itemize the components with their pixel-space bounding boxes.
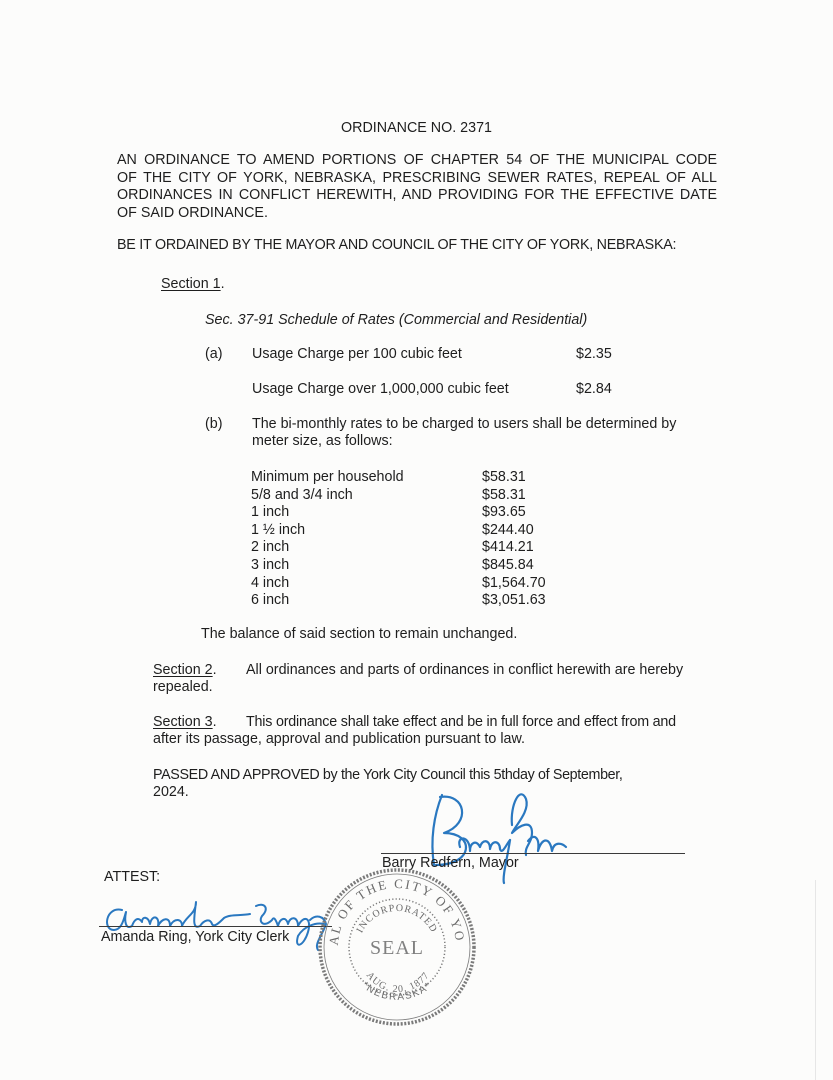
caption-line: OF THE CITY OF YORK, NEBRASKA, PRESCRIBI… <box>117 170 717 188</box>
meter-size: 6 inch <box>251 592 482 610</box>
caption-line: AN ORDINANCE TO AMEND PORTIONS OF CHAPTE… <box>117 152 717 170</box>
meter-rate: $244.40 <box>482 522 534 540</box>
rate-row: 2 inch$414.21 <box>251 539 546 557</box>
meter-rate: $3,051.63 <box>482 592 546 610</box>
mayor-signature-line <box>381 853 685 854</box>
svg-text:SEAL: SEAL <box>370 937 424 959</box>
clerk-name-title: Amanda Ring, York City Clerk <box>101 929 289 947</box>
meter-rate: $414.21 <box>482 539 534 557</box>
rate-row: 5/8 and 3/4 inch$58.31 <box>251 487 546 505</box>
section2-heading: Section 2. <box>153 662 217 680</box>
usage-charge-label: Usage Charge over 1,000,000 cubic feet <box>252 381 509 399</box>
ordinance-caption: AN ORDINANCE TO AMEND PORTIONS OF CHAPTE… <box>117 152 717 222</box>
meter-rate-table: Minimum per household$58.315/8 and 3/4 i… <box>251 469 546 610</box>
usage-charge-value: $2.84 <box>576 381 612 399</box>
meter-size: Minimum per household <box>251 469 482 487</box>
meter-rate: $845.84 <box>482 557 534 575</box>
meter-size: 1 ½ inch <box>251 522 482 540</box>
meter-size: 1 inch <box>251 504 482 522</box>
section3-heading-text: Section 3 <box>153 714 213 730</box>
section1-subheading: Sec. 37-91 Schedule of Rates (Commercial… <box>205 312 587 330</box>
meter-rate: $1,564.70 <box>482 575 546 593</box>
caption-line: ORDINANCES IN CONFLICT HEREWITH, AND PRO… <box>117 187 717 205</box>
meter-rate: $93.65 <box>482 504 526 522</box>
svg-text:INCORPORATED: INCORPORATED <box>355 903 440 935</box>
rate-row: 1 ½ inch$244.40 <box>251 522 546 540</box>
meter-rate: $58.31 <box>482 469 526 487</box>
passed-year: 2024. <box>153 784 189 802</box>
section2-text: repealed. <box>153 679 213 697</box>
meter-size: 4 inch <box>251 575 482 593</box>
rate-row: 3 inch$845.84 <box>251 557 546 575</box>
item-b-text: meter size, as follows: <box>252 433 393 451</box>
ordinance-title: ORDINANCE NO. 2371 <box>0 120 833 138</box>
scan-edge <box>815 880 816 1080</box>
clerk-signature-line <box>99 926 332 927</box>
usage-charge-value: $2.35 <box>576 346 612 364</box>
balance-note: The balance of said section to remain un… <box>201 626 517 644</box>
section3-heading: Section 3. <box>153 714 217 732</box>
section3-text: This ordinance shall take effect and be … <box>246 714 676 732</box>
usage-charge-label: Usage Charge per 100 cubic feet <box>252 346 462 364</box>
rate-row: 4 inch$1,564.70 <box>251 575 546 593</box>
meter-size: 5/8 and 3/4 inch <box>251 487 482 505</box>
rate-row: 6 inch$3,051.63 <box>251 592 546 610</box>
item-a-marker: (a) <box>205 346 222 364</box>
caption-line: OF SAID ORDINANCE. <box>117 205 717 223</box>
item-b-text: The bi-monthly rates to be charged to us… <box>252 416 676 434</box>
section2-text: All ordinances and parts of ordinances i… <box>246 662 683 680</box>
section3-heading-punct: . <box>213 714 217 730</box>
section2-heading-text: Section 2 <box>153 662 213 678</box>
meter-rate: $58.31 <box>482 487 526 505</box>
city-seal: SEAL OF THE CITY OF YORK INCORPORATED SE… <box>316 866 478 1028</box>
enacting-clause: BE IT ORDAINED BY THE MAYOR AND COUNCIL … <box>117 237 676 255</box>
section1-heading-text: Section 1 <box>161 276 221 292</box>
section2-heading-punct: . <box>213 662 217 678</box>
section3-text: after its passage, approval and publicat… <box>153 731 525 749</box>
meter-size: 2 inch <box>251 539 482 557</box>
section1-heading-punct: . <box>221 276 225 292</box>
rate-row: Minimum per household$58.31 <box>251 469 546 487</box>
item-b-marker: (b) <box>205 416 222 434</box>
passed-approved: PASSED AND APPROVED by the York City Cou… <box>153 767 623 785</box>
section1-heading: Section 1. <box>161 276 225 294</box>
attest-label: ATTEST: <box>104 869 160 887</box>
meter-size: 3 inch <box>251 557 482 575</box>
rate-row: 1 inch$93.65 <box>251 504 546 522</box>
document-page: ORDINANCE NO. 2371 AN ORDINANCE TO AMEND… <box>0 0 833 1080</box>
